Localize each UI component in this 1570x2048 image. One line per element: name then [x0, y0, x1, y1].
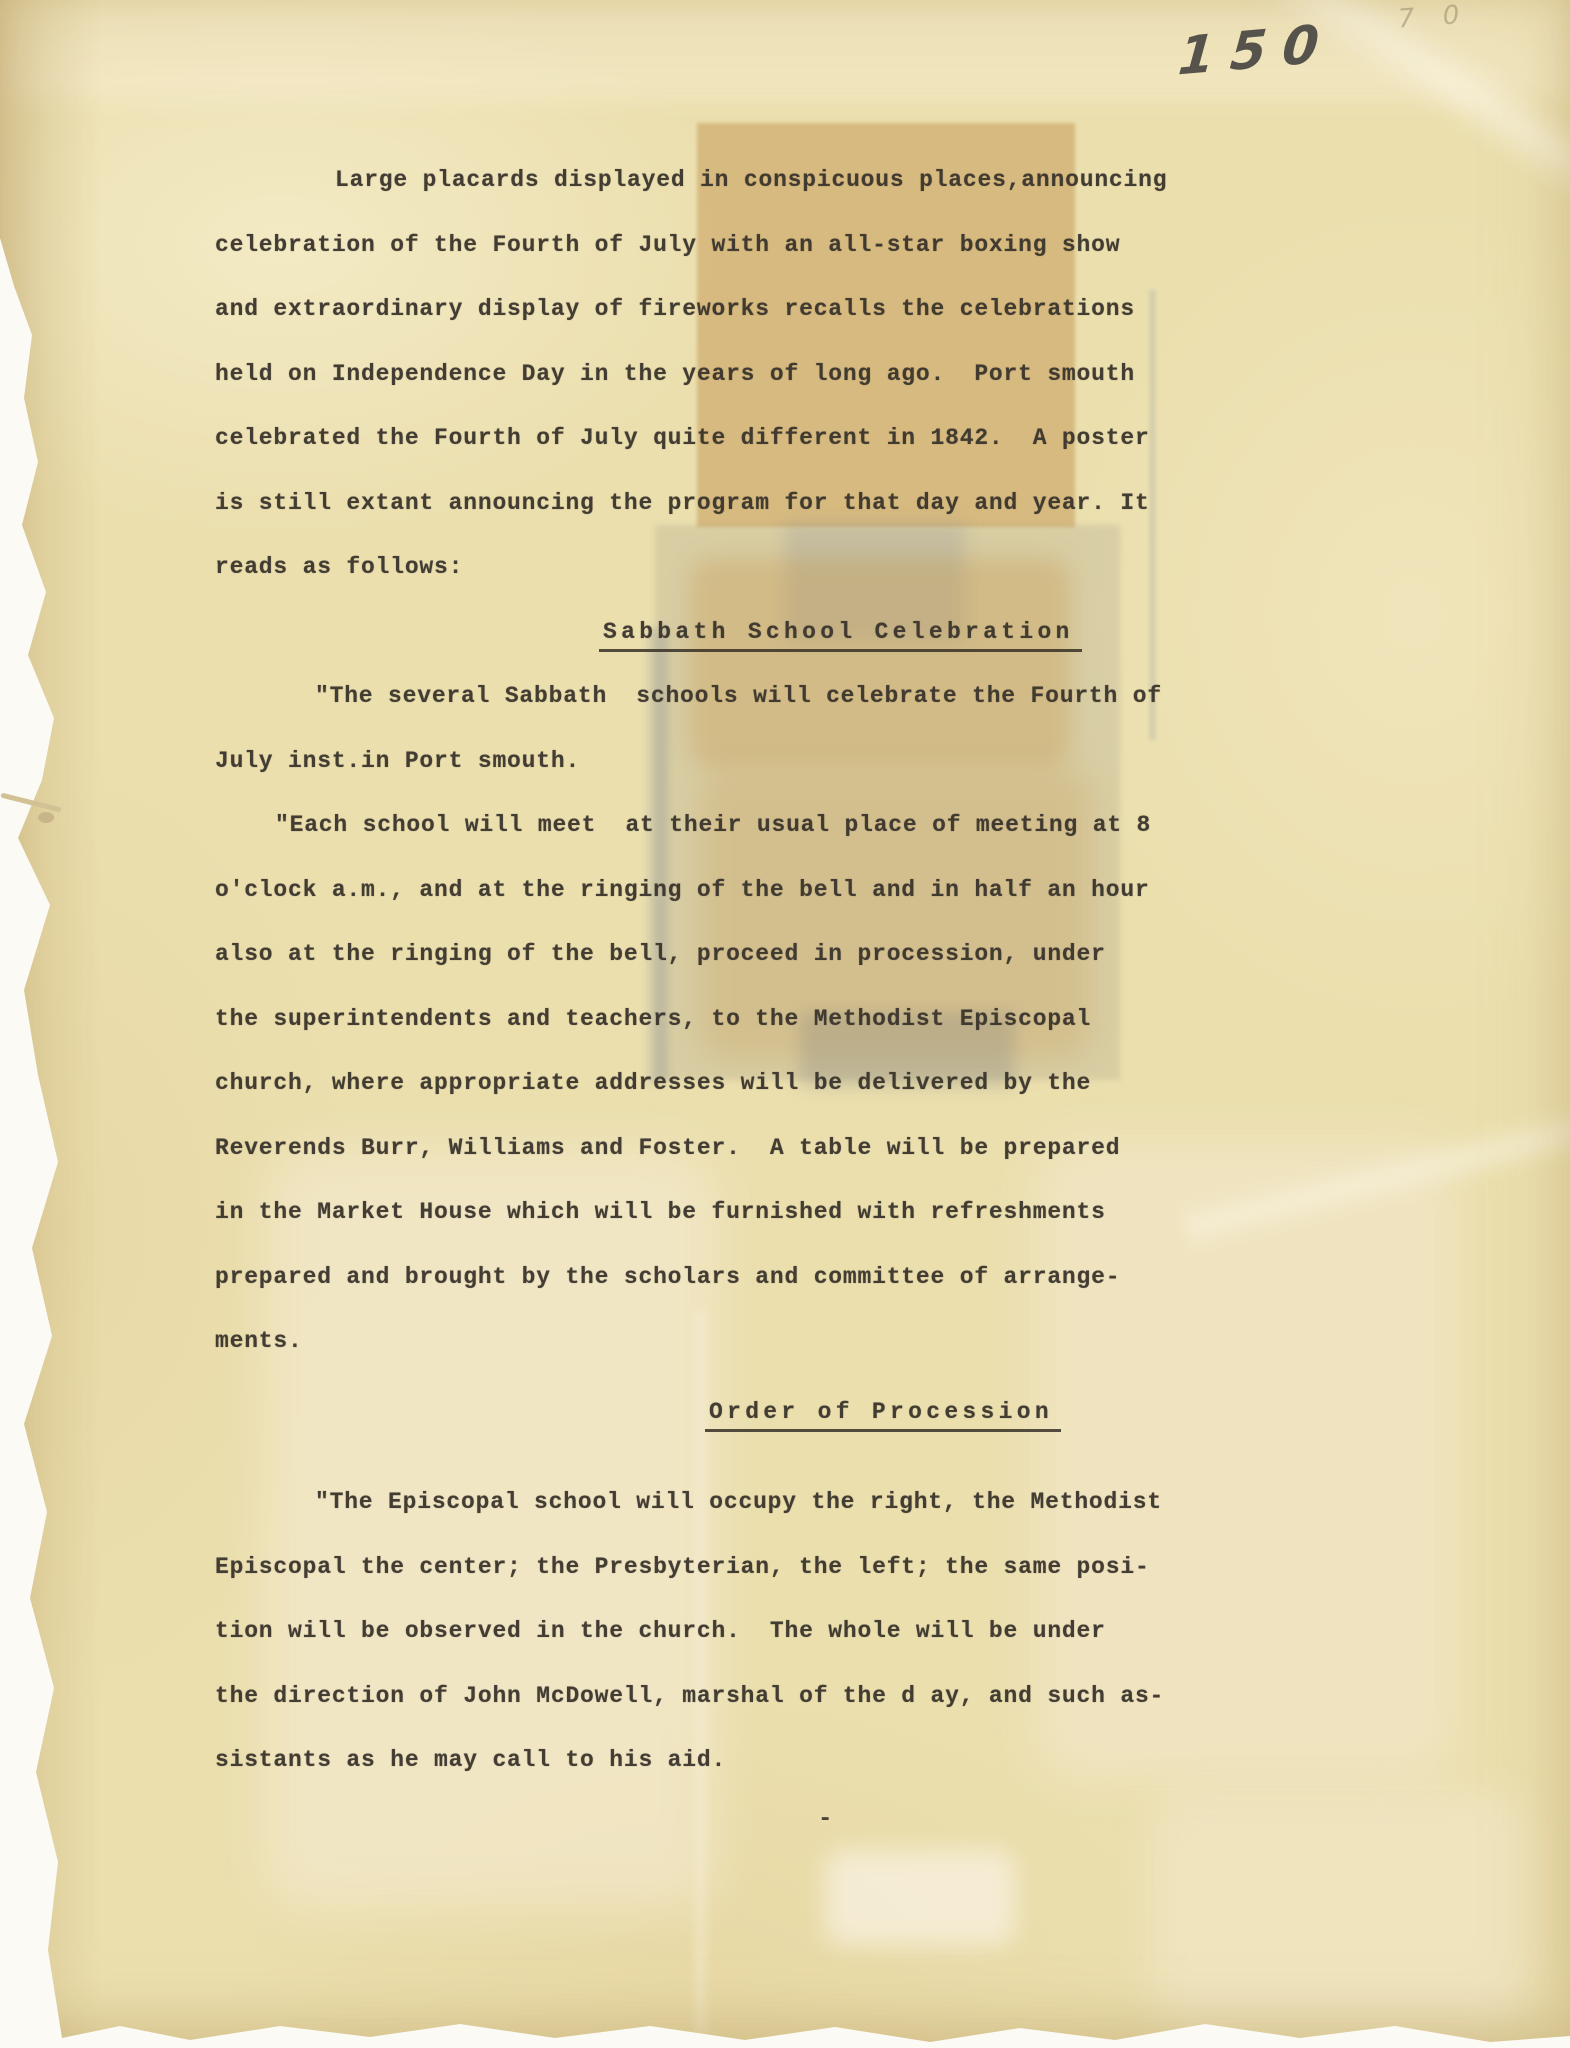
paper-light-patch-bottom	[825, 1850, 1015, 1945]
scanned-document-page: { "colors":{"paper":"#ebdfae","ink":"#3a…	[0, 0, 1570, 2048]
typewritten-line: sistants as he may call to his aid.	[215, 1728, 1145, 1793]
typewritten-line: "Each school will meet at their usual pl…	[215, 793, 1145, 858]
paper-thread-knot	[38, 812, 54, 823]
typewritten-line: celebration of the Fourth of July with a…	[215, 213, 1145, 278]
typewritten-line: the superintendents and teachers, to the…	[215, 987, 1145, 1052]
typewritten-line: is still extant announcing the program f…	[215, 471, 1145, 536]
typewritten-line: celebrated the Fourth of July quite diff…	[215, 406, 1145, 471]
typewritten-line: held on Independence Day in the years of…	[215, 342, 1145, 407]
typewritten-line: prepared and brought by the scholars and…	[215, 1245, 1145, 1310]
typewritten-line: Reverends Burr, Williams and Foster. A t…	[215, 1116, 1145, 1181]
typewritten-line: also at the ringing of the bell, proceed…	[215, 922, 1145, 987]
paper-crease-right	[1180, 1098, 1570, 1253]
typewritten-line: ments.	[215, 1309, 1145, 1374]
typewritten-text-block: Large placards displayed in conspicuous …	[215, 148, 1145, 1793]
section-heading: Order of Procession	[215, 1380, 1145, 1445]
typewritten-line: and extraordinary display of fireworks r…	[215, 277, 1145, 342]
typewritten-line: reads as follows:	[215, 535, 1145, 600]
section-heading: Sabbath School Celebration	[215, 600, 1145, 665]
paper-sheet: 7 0 150 Large placards displayed in cons…	[0, 0, 1570, 2048]
typewritten-line: church, where appropriate addresses will…	[215, 1051, 1145, 1116]
handwritten-page-number: 150	[1176, 4, 1440, 87]
typewritten-line: the direction of John McDowell, marshal …	[215, 1664, 1145, 1729]
heading-underlined-text: Sabbath School Celebration	[599, 619, 1082, 652]
typewritten-line: Episcopal the center; the Presbyterian, …	[215, 1535, 1145, 1600]
torn-edge-shading	[0, 0, 120, 2048]
typewritten-line: in the Market House which will be furnis…	[215, 1180, 1145, 1245]
typewritten-line: July inst.in Port smouth.	[215, 729, 1145, 794]
typewritten-line: o'clock a.m., and at the ringing of the …	[215, 858, 1145, 923]
typewritten-line: tion will be observed in the church. The…	[215, 1599, 1145, 1664]
footer-dash-mark: -	[818, 1806, 832, 1833]
typewritten-line: Large placards displayed in conspicuous …	[215, 148, 1145, 213]
typewritten-line: "The Episcopal school will occupy the ri…	[215, 1470, 1145, 1535]
typewritten-line: "The several Sabbath schools will celebr…	[215, 664, 1145, 729]
heading-underlined-text: Order of Procession	[705, 1399, 1061, 1432]
paper-light-patch-bottom-right	[1150, 1790, 1530, 2030]
